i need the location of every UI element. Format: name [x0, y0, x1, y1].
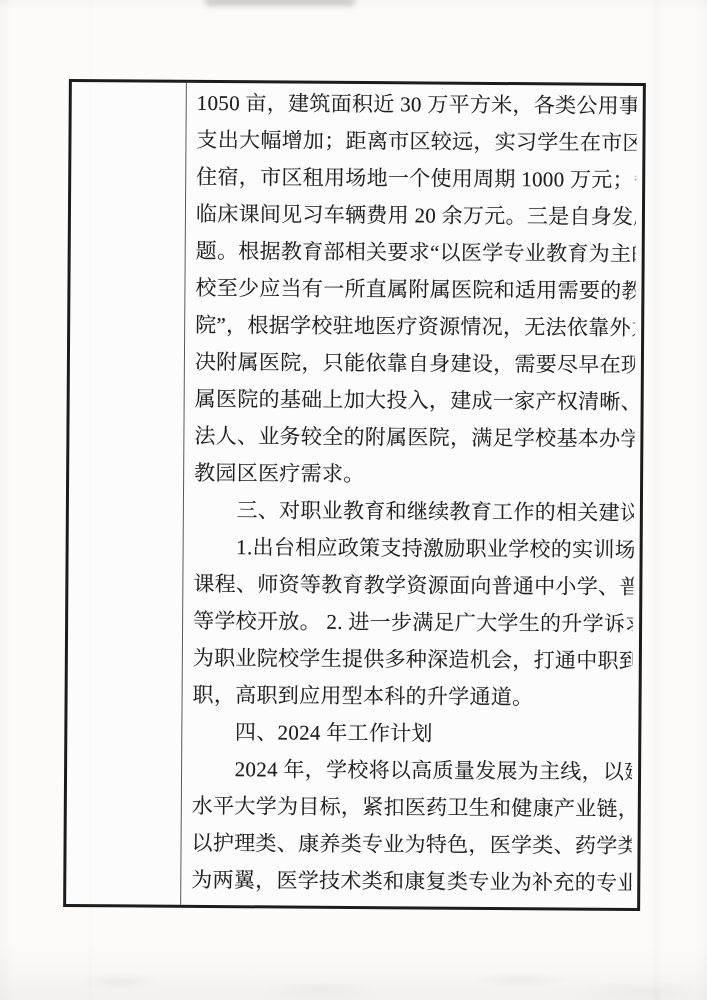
text-line: 四、2024 年工作计划 — [192, 714, 632, 754]
text-line: 2024 年，学校将以高质量发展为主线，以建设高 — [192, 751, 632, 791]
text-line: 职，高职到应用型本科的升学通道。 — [192, 677, 632, 717]
text-line: 决附属医院，只能依靠自身建设，需要尽早在现有附 — [195, 344, 635, 384]
text-line: 等学校开放。 2. 进一步满足广大学生的升学诉求， — [193, 603, 633, 643]
text-line: 水平大学为目标，紧扣医药卫生和健康产业链，构建 — [192, 788, 632, 828]
text-line: 1050 亩，建筑面积近 30 万平方米，各类公用事业性 — [197, 85, 637, 125]
text-line: 住宿，市区租用场地一个使用周期 1000 万元；每年 — [196, 159, 636, 199]
scan-bottom-noise — [0, 940, 707, 1000]
scanned-document-page: 1050 亩，建筑面积近 30 万平方米，各类公用事业性 支出大幅增加；距离市区… — [0, 0, 707, 1000]
text-line: 为两翼，医学技术类和康复类专业为补充的专业体 — [191, 862, 631, 902]
text-line: 校至少应当有一所直属附属医院和适用需要的教学医 — [195, 270, 635, 310]
text-line: 属医院的基础上加大投入，建成一家产权清晰、独立 — [195, 381, 635, 421]
text-line: 为职业院校学生提供多种深造机会，打通中职到高 — [193, 640, 633, 680]
text-line: 教园区医疗需求。 — [194, 455, 634, 495]
text-line: 以护理类、康养类专业为特色，医学类、药学类专业 — [191, 825, 631, 865]
scan-bleedthrough-mark — [205, 0, 355, 6]
text-line: 1.出台相应政策支持激励职业学校的实训场所、 — [194, 529, 634, 569]
text-line: 课程、师资等教育教学资源面向普通中小学、普通高 — [193, 566, 633, 606]
text-line: 支出大幅增加；距离市区较远，实习学生在市区无处 — [196, 122, 636, 162]
text-line: 院”，根据学校驻地医疗资源情况，无法依靠外力解 — [195, 307, 635, 347]
text-line: 题。根据教育部相关要求“以医学专业教育为主的学 — [196, 233, 636, 273]
table-content-cell: 1050 亩，建筑面积近 30 万平方米，各类公用事业性 支出大幅增加；距离市区… — [181, 83, 643, 908]
text-line: 临床课间见习车辆费用 20 余万元。三是自身发展问 — [196, 196, 636, 236]
table-label-cell-empty — [66, 82, 187, 905]
document-table: 1050 亩，建筑面积近 30 万平方米，各类公用事业性 支出大幅增加；距离市区… — [63, 79, 646, 911]
text-line: 三、对职业教育和继续教育工作的相关建议 — [194, 492, 634, 532]
text-line: 法人、业务较全的附属医院，满足学校基本办学和科 — [194, 418, 634, 458]
